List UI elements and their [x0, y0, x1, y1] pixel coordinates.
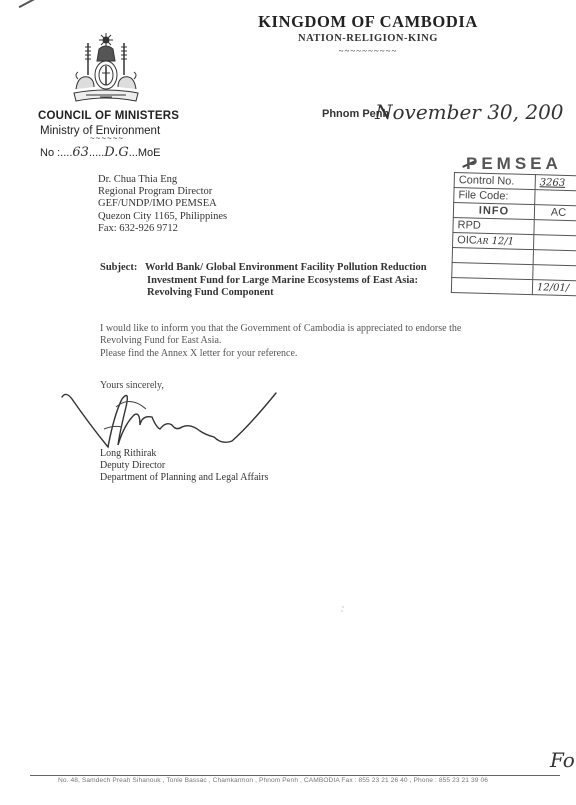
signer-department: Department of Planning and Legal Affairs [100, 472, 268, 484]
corner-pen-mark [19, 0, 36, 8]
signer-block: Long Rithirak Deputy Director Department… [100, 448, 268, 485]
letter-body: I would like to inform you that the Gove… [100, 323, 461, 360]
footer-divider [30, 775, 560, 776]
reference-number: No :....63.....D.G...MoE [38, 145, 179, 160]
addressee-city: Quezon City 1165, Philippines [98, 211, 227, 223]
addressee-block: Dr. Chua Thia Eng Regional Program Direc… [98, 174, 227, 235]
stamp-initials: AR [477, 237, 489, 246]
reference-prefix: No :.... [40, 147, 72, 159]
stamp-value: 12/01/ [532, 280, 576, 296]
stamp-label-text: RPD [457, 219, 481, 232]
subject-label: Subject: [100, 262, 145, 275]
signer-title: Deputy Director [100, 460, 268, 472]
body-line: Please find the Annex X letter for your … [100, 348, 461, 360]
stamp-value [533, 265, 576, 281]
stamp-date: 12/1 [491, 236, 514, 248]
addressee-title: Regional Program Director [98, 186, 227, 198]
stamp-label [451, 277, 532, 294]
stamp-value: AC [534, 205, 576, 221]
handwritten-signature [60, 385, 280, 455]
council-name: COUNCIL OF MINISTERS [38, 110, 179, 122]
reference-mid: ..... [89, 147, 104, 159]
signer-name: Long Rithirak [100, 448, 268, 460]
stamp-title: PEMSEA [466, 154, 562, 174]
reference-value: 63 [72, 145, 89, 160]
reference-suffix: ...MoE [129, 147, 161, 159]
subject-block: Subject:World Bank/ Global Environment F… [100, 262, 427, 300]
addressee-fax: Fax: 632-926 9712 [98, 223, 227, 235]
body-line: I would like to inform you that the Gove… [100, 323, 461, 335]
addressee-organization: GEF/UNDP/IMO PEMSEA [98, 198, 227, 210]
footer-address: No. 48, Samdech Preah Sihanouk , Tonle B… [58, 777, 488, 784]
subject-line: World Bank/ Global Environment Facility … [145, 262, 427, 273]
country-title: KINGDOM OF CAMBODIA [0, 12, 576, 32]
stamp-value [533, 235, 576, 251]
stamp-label-text: OIC [457, 234, 477, 247]
subject-line: Revolving Fund Component [100, 287, 427, 300]
reference-code: D.G [104, 145, 128, 160]
royal-arms-of-cambodia-icon [66, 31, 146, 107]
stamp-row: 12/01/ [451, 277, 576, 295]
stamp-value [535, 190, 576, 206]
subject-line: Investment Fund for Large Marine Ecosyst… [100, 275, 427, 288]
stamp-value [533, 250, 576, 266]
stamp-value: 3263 [535, 175, 576, 191]
stamp-value [534, 220, 576, 236]
dateline-date: November 30, 200 [375, 100, 564, 124]
scan-artifact [340, 605, 346, 613]
addressee-name: Dr. Chua Thia Eng [98, 174, 227, 186]
body-line: Revolving Fund for East Asia. [100, 335, 461, 347]
received-stamp: Control No. 3263 File Code: INFO AC RPD … [451, 172, 576, 299]
footer-handwritten-note: Fo [550, 748, 575, 772]
issuer-block: COUNCIL OF MINISTERS Ministry of Environ… [38, 110, 179, 160]
